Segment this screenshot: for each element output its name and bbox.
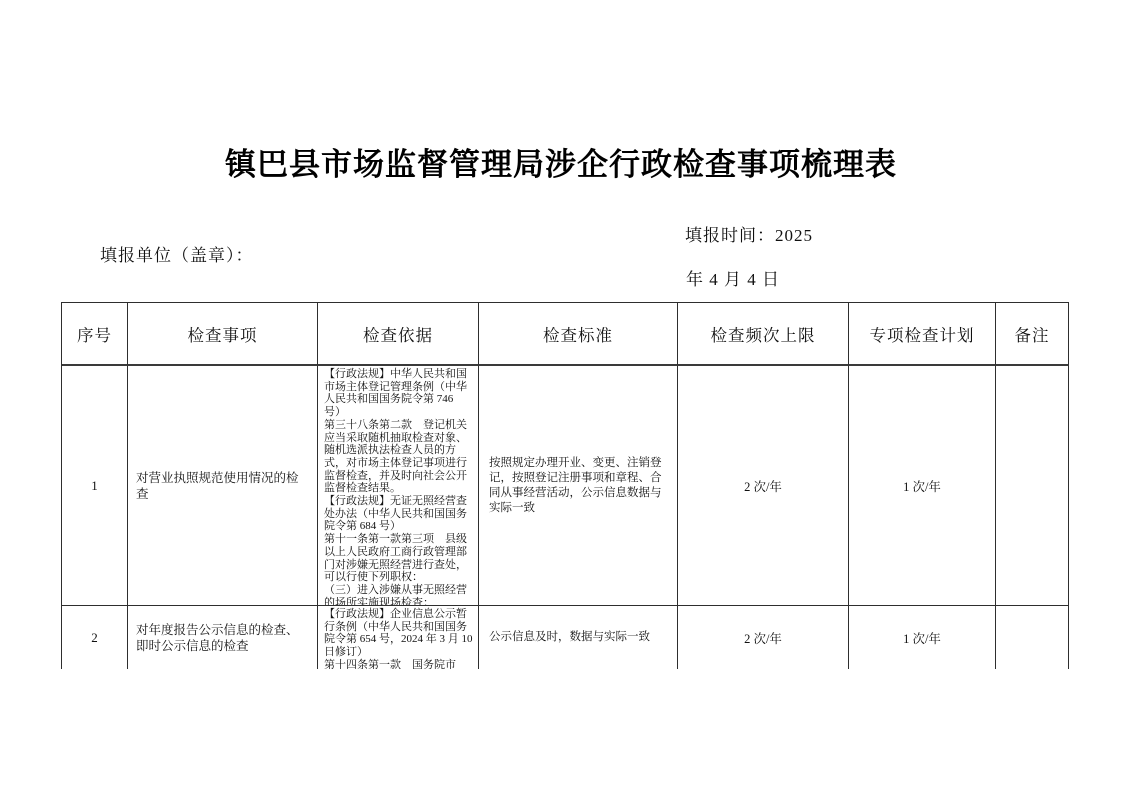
row1-seq-cell: 1 (62, 366, 128, 606)
page-title: 镇巴县市场监督管理局涉企行政检查事项梳理表 (0, 139, 1122, 184)
row2-frequency-cell: 2 次/年 (678, 606, 849, 669)
column-header-special-plan: 专项检查计划 (849, 303, 996, 366)
row2-special-plan-cell: 1 次/年 (849, 606, 996, 669)
document-page: 镇巴县市场监督管理局涉企行政检查事项梳理表 填报单位（盖章）： 填报时间：202… (0, 0, 1122, 793)
column-header-item: 检查事项 (128, 303, 318, 366)
row2-standard-cell: 公示信息及时，数据与实际一致 (479, 606, 678, 669)
row2-remark-cell (996, 606, 1069, 669)
report-date-line-1: 填报时间：2025 (685, 221, 813, 246)
row1-basis-cell: 【行政法规】中华人民共和国市场主体登记管理条例（中华人民共和国国务院令第 746… (318, 366, 479, 606)
inspection-items-table: 序号 检查事项 检查依据 检查标准 检查频次上限 专项检查计划 备注 1 对营业… (61, 302, 1069, 669)
row1-remark-cell (996, 366, 1069, 606)
row1-standard-cell: 按照规定办理开业、变更、注销登记，按照登记注册事项和章程、合同从事经营活动，公示… (479, 366, 678, 606)
column-header-seq: 序号 (62, 303, 128, 366)
row2-seq-cell: 2 (62, 606, 128, 669)
column-header-standard: 检查标准 (479, 303, 678, 366)
row2-basis-cell: 【行政法规】企业信息公示暂行条例（中华人民共和国国务院令第 654 号，2024… (318, 606, 479, 669)
column-header-basis: 检查依据 (318, 303, 479, 366)
row2-item-cell: 对年度报告公示信息的检查、即时公示信息的检查 (128, 606, 318, 669)
row1-item-cell: 对营业执照规范使用情况的检查 (128, 366, 318, 606)
column-header-remark: 备注 (996, 303, 1069, 366)
column-header-frequency: 检查频次上限 (678, 303, 849, 366)
report-date-line-2: 年 4 月 4 日 (686, 265, 780, 290)
reporting-unit-label: 填报单位（盖章）： (100, 241, 254, 266)
row1-frequency-cell: 2 次/年 (678, 366, 849, 606)
row1-special-plan-cell: 1 次/年 (849, 366, 996, 606)
